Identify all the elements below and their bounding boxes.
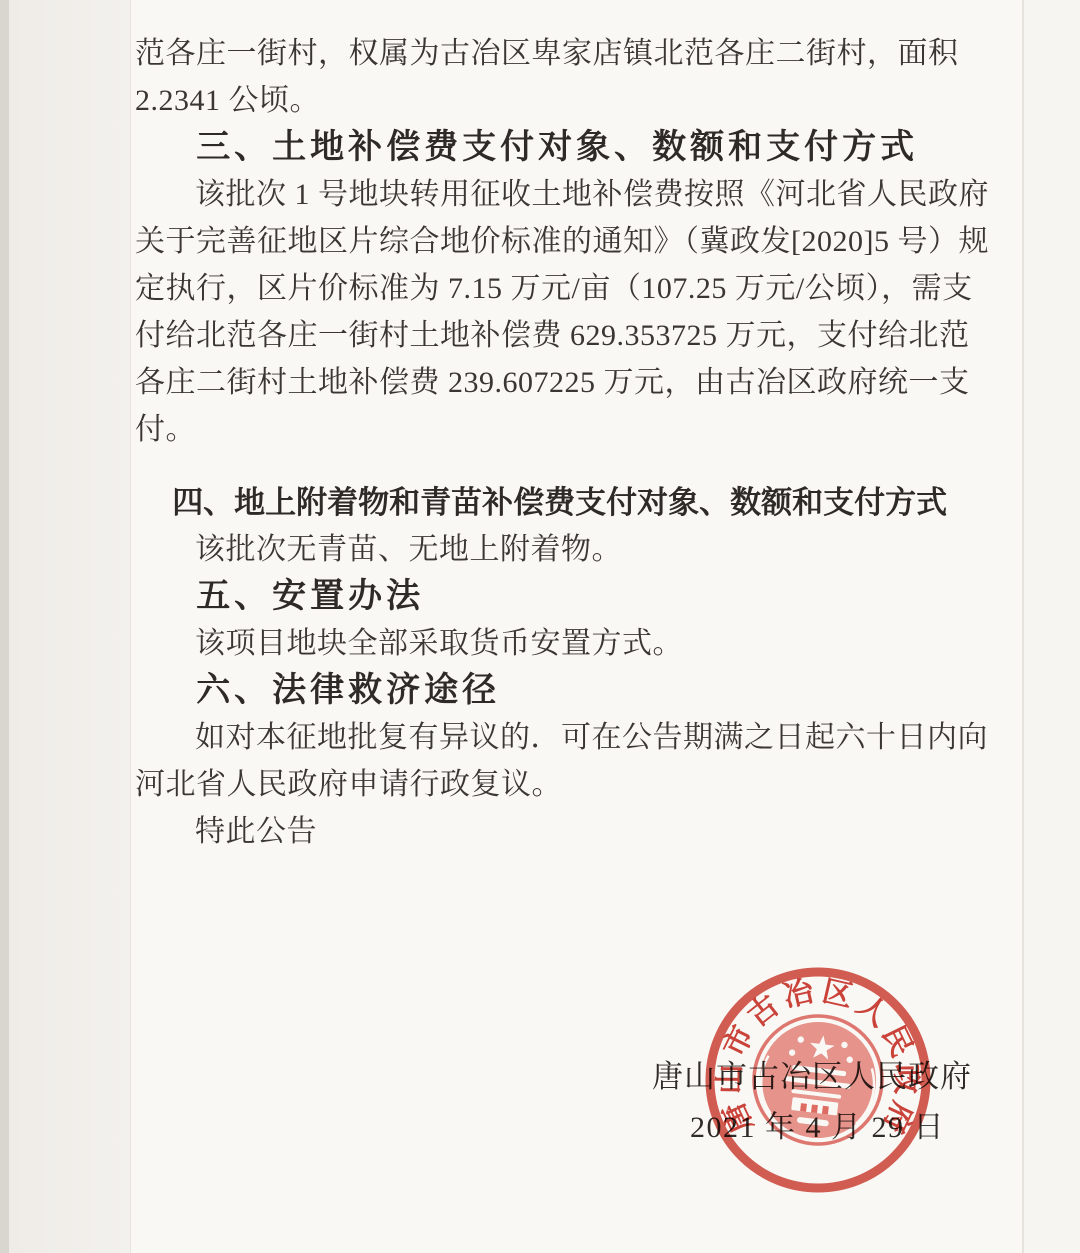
section-heading: 五、安置办法 xyxy=(135,573,951,620)
signature-date: 2021 年 4 月 29 日 xyxy=(690,1102,945,1146)
seal-ring-char: 冶 xyxy=(780,975,818,1014)
text-line: 河北省人民政府申请行政复议。 xyxy=(135,761,951,808)
seal-ring-char: 区 xyxy=(819,975,856,1014)
text-line: 付给北范各庄一街村土地补偿费 629.353725 万元，支付给北范 xyxy=(135,312,951,359)
scan-left-band xyxy=(9,0,131,1253)
text-line: 范各庄一街村，权属为古冶区卑家店镇北范各庄二街村，面积 xyxy=(135,30,951,77)
text-line: 各庄二街村土地补偿费 239.607225 万元，由古冶区政府统一支 xyxy=(135,359,951,406)
text-line: 关于完善征地区片综合地价标准的通知》（冀政发[2020]5 号）规 xyxy=(135,218,951,265)
section-heading: 四、地上附着物和青苗补偿费支付对象、数额和支付方式 xyxy=(135,479,951,526)
document-body: 范各庄一街村，权属为古冶区卑家店镇北范各庄二街村，面积2.2341 公顷。三、土… xyxy=(135,30,951,855)
text-line: 如对本征地批复有异议的．可在公告期满之日起六十日内向 xyxy=(135,714,951,761)
section-heading: 六、法律救济途径 xyxy=(135,667,951,714)
scan-edge-shadow xyxy=(0,0,9,1253)
text-line: 2.2341 公顷。 xyxy=(135,77,951,124)
text-line: 该批次无青苗、无地上附着物。 xyxy=(135,526,951,573)
scanned-document-page: 范各庄一街村，权属为古冶区卑家店镇北范各庄二街村，面积2.2341 公顷。三、土… xyxy=(0,0,1080,1253)
text-line: 付。 xyxy=(135,406,951,453)
scan-right-band xyxy=(1024,0,1080,1253)
text-line: 定执行，区片价标准为 7.15 万元/亩（107.25 万元/公顷），需支 xyxy=(135,265,951,312)
seal-ring-char: 人 xyxy=(851,989,895,1033)
text-line: 特此公告 xyxy=(135,808,951,855)
seal-ring-char: 古 xyxy=(741,989,785,1033)
text-line: 该项目地块全部采取货币安置方式。 xyxy=(135,620,951,667)
section-heading: 三、土地补偿费支付对象、数额和支付方式 xyxy=(135,124,951,171)
signature-org: 唐山市古冶区人民政府 xyxy=(652,1051,972,1096)
text-line: 该批次 1 号地块转用征收土地补偿费按照《河北省人民政府 xyxy=(135,171,951,218)
